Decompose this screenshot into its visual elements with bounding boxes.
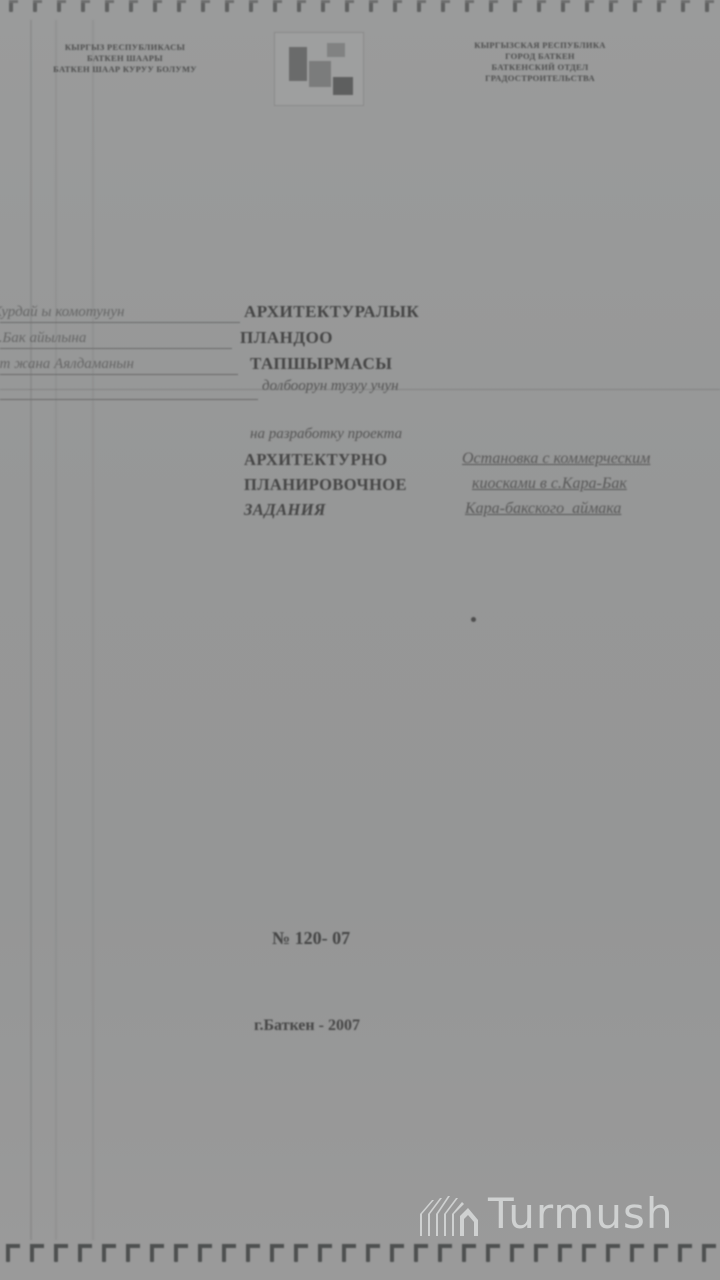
binding-hook bbox=[360, 1240, 384, 1266]
binding-hook bbox=[312, 0, 336, 22]
header-right-line: БАТКЕНСКИЙ ОТДЕЛ bbox=[420, 62, 660, 73]
binding-hook bbox=[264, 1240, 288, 1266]
binding-hook bbox=[312, 1240, 336, 1266]
binding-hook bbox=[336, 0, 360, 22]
binding-hook bbox=[648, 0, 672, 22]
title-kyrgyz-line: АРХИТЕКТУРАЛЫК bbox=[244, 302, 419, 322]
binding-perforation-top bbox=[0, 0, 720, 22]
binding-hook bbox=[336, 1240, 360, 1266]
binding-hook bbox=[384, 0, 408, 22]
left-field: с.Бак айылына bbox=[0, 330, 86, 347]
binding-hook bbox=[144, 1240, 168, 1266]
title-kyrgyz-subtitle: долбоорун тузуу учун bbox=[262, 378, 399, 395]
binding-hook bbox=[216, 0, 240, 22]
header-left-block: КЫРГЫЗ РЕСПУБЛИКАСЫ БАТКЕН ШААРЫ БАТКЕН … bbox=[0, 42, 250, 75]
field-underline bbox=[0, 348, 232, 349]
binding-hook bbox=[600, 1240, 624, 1266]
fold-line bbox=[30, 20, 32, 1240]
binding-hook bbox=[432, 0, 456, 22]
binding-hook bbox=[96, 1240, 120, 1266]
binding-hook bbox=[240, 1240, 264, 1266]
title-russian-line: ЗАДАНИЯ bbox=[244, 500, 326, 520]
header-left-line: БАТКЕН ШААР КУРУУ БОЛУМУ bbox=[0, 64, 250, 75]
binding-hook bbox=[288, 0, 312, 22]
turmush-watermark: Turmush bbox=[418, 1184, 673, 1236]
place-and-year: г.Баткен - 2007 bbox=[254, 1017, 360, 1035]
title-russian-intro: на разработку проекта bbox=[250, 426, 402, 443]
field-underline bbox=[0, 374, 238, 375]
binding-hook bbox=[120, 0, 144, 22]
title-russian-line: ПЛАНИРОВОЧНОЕ bbox=[244, 475, 407, 495]
binding-hook bbox=[288, 1240, 312, 1266]
binding-hook bbox=[696, 0, 720, 22]
field-underline bbox=[0, 399, 258, 400]
binding-hook bbox=[648, 1240, 672, 1266]
left-field: Курдай ы комотунун bbox=[0, 304, 124, 321]
binding-hook bbox=[168, 0, 192, 22]
binding-hook bbox=[48, 1240, 72, 1266]
document-photo: КЫРГЫЗ РЕСПУБЛИКАСЫ БАТКЕН ШААРЫ БАТКЕН … bbox=[0, 0, 720, 1280]
binding-hook bbox=[48, 0, 72, 22]
binding-hook bbox=[216, 1240, 240, 1266]
house-stripes-icon bbox=[418, 1192, 480, 1236]
binding-hook bbox=[624, 0, 648, 22]
header-left-line: БАТКЕН ШААРЫ bbox=[0, 53, 250, 64]
binding-hook bbox=[96, 0, 120, 22]
binding-hook bbox=[144, 0, 168, 22]
fold-line bbox=[55, 20, 57, 1240]
header-right-line: КЫРГЫЗСКАЯ РЕСПУБЛИКА bbox=[420, 40, 660, 51]
binding-hook bbox=[672, 1240, 696, 1266]
binding-hook bbox=[552, 1240, 576, 1266]
binding-hook bbox=[504, 0, 528, 22]
binding-hook bbox=[120, 1240, 144, 1266]
binding-hook bbox=[360, 0, 384, 22]
binding-hook bbox=[168, 1240, 192, 1266]
binding-hook bbox=[456, 0, 480, 22]
binding-hook bbox=[384, 1240, 408, 1266]
binding-hook bbox=[672, 0, 696, 22]
binding-hook bbox=[408, 1240, 432, 1266]
document-number: № 120- 07 bbox=[272, 928, 350, 949]
binding-hook bbox=[192, 1240, 216, 1266]
binding-hook bbox=[528, 0, 552, 22]
binding-hook bbox=[576, 1240, 600, 1266]
watermark-text: Turmush bbox=[488, 1192, 673, 1236]
header-right-line: ГРАДОСТРОИТЕЛЬСТВА bbox=[420, 73, 660, 84]
binding-hook bbox=[480, 1240, 504, 1266]
binding-hook bbox=[456, 1240, 480, 1266]
project-name-line: киосками в с.Кара-Бак bbox=[472, 475, 627, 493]
binding-hook bbox=[600, 0, 624, 22]
binding-hook bbox=[72, 0, 96, 22]
binding-hook bbox=[0, 1240, 24, 1266]
header-right-block: КЫРГЫЗСКАЯ РЕСПУБЛИКА ГОРОД БАТКЕН БАТКЕ… bbox=[420, 40, 660, 84]
binding-hook bbox=[264, 0, 288, 22]
left-field: ат жана Аялдаманын bbox=[0, 356, 134, 373]
binding-hook bbox=[0, 0, 24, 22]
header-right-line: ГОРОД БАТКЕН bbox=[420, 51, 660, 62]
project-name-line: Кара-бакского_аймака bbox=[465, 500, 621, 518]
binding-perforation-bottom bbox=[0, 1240, 720, 1266]
binding-hook bbox=[528, 1240, 552, 1266]
building-emblem-icon bbox=[274, 32, 364, 106]
header-left-line: КЫРГЫЗ РЕСПУБЛИКАСЫ bbox=[0, 42, 250, 53]
binding-hook bbox=[192, 0, 216, 22]
binding-hook bbox=[576, 0, 600, 22]
title-kyrgyz-line: ПЛАНДОО bbox=[240, 328, 333, 348]
fold-line bbox=[92, 20, 94, 1240]
binding-hook bbox=[24, 0, 48, 22]
binding-hook bbox=[432, 1240, 456, 1266]
project-name-line: Остановка с коммерческим bbox=[462, 450, 650, 468]
binding-hook bbox=[24, 1240, 48, 1266]
binding-hook bbox=[552, 0, 576, 22]
binding-hook bbox=[240, 0, 264, 22]
binding-hook bbox=[408, 0, 432, 22]
ink-dot bbox=[471, 617, 476, 622]
binding-hook bbox=[504, 1240, 528, 1266]
title-russian-line: АРХИТЕКТУРНО bbox=[244, 450, 388, 470]
binding-hook bbox=[72, 1240, 96, 1266]
binding-hook bbox=[480, 0, 504, 22]
title-kyrgyz-line: ТАПШЫРМАСЫ bbox=[250, 354, 392, 374]
binding-hook bbox=[696, 1240, 720, 1266]
field-underline bbox=[0, 322, 240, 323]
binding-hook bbox=[624, 1240, 648, 1266]
